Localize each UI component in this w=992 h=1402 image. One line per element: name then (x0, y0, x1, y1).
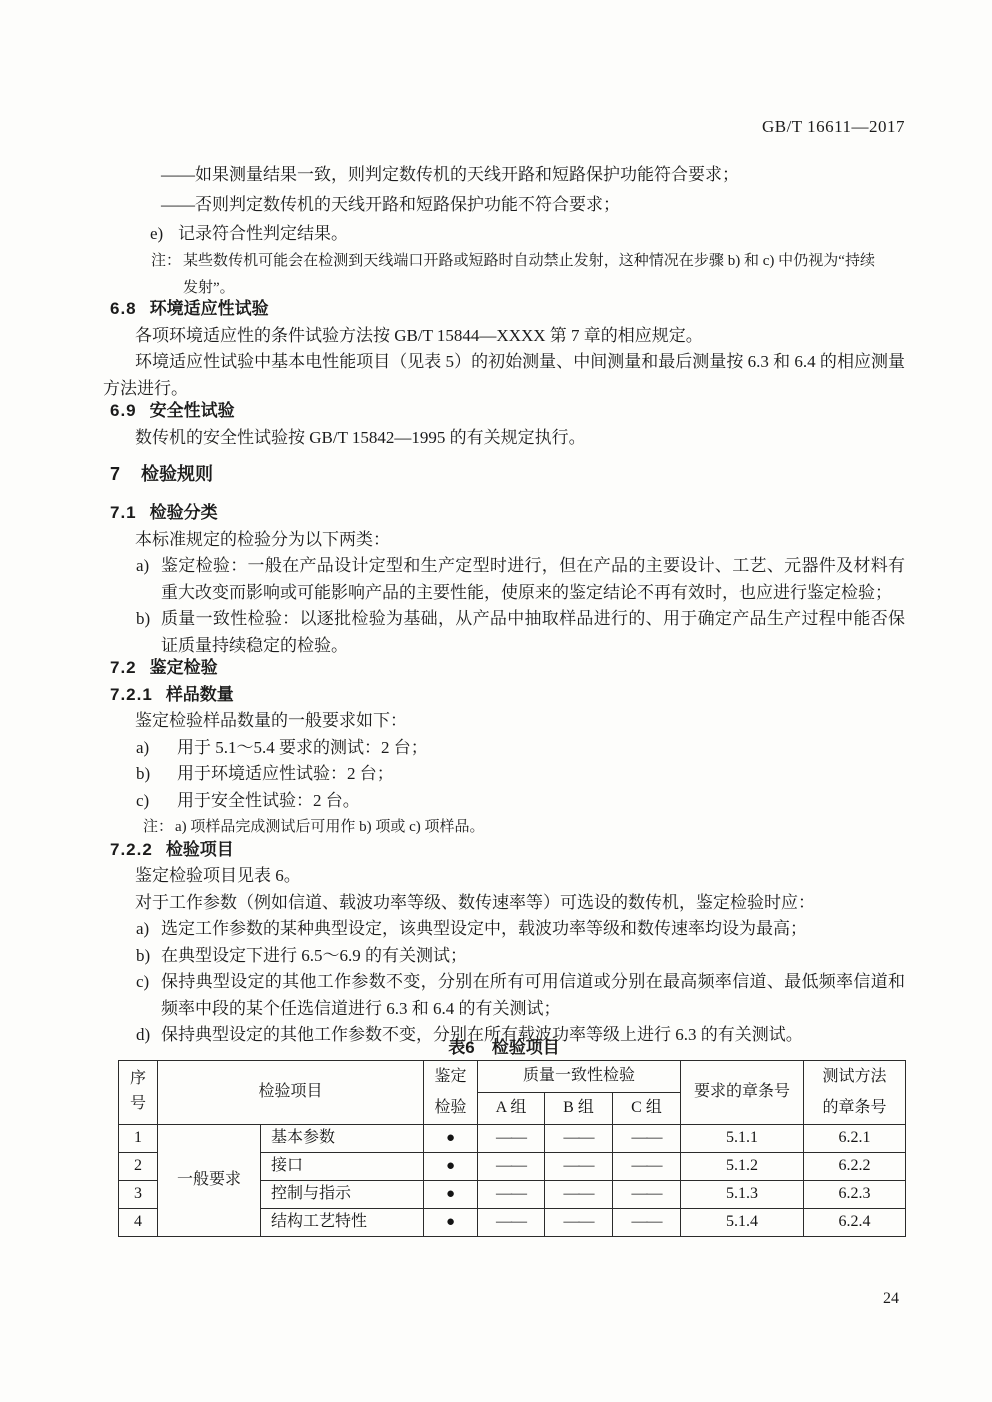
paragraph: 数传机的安全性试验按 GB/T 15842—1995 的有关规定执行。 (103, 425, 905, 452)
cell-item: 控制与指示 (261, 1180, 424, 1208)
document-page: GB/T 16611—2017 ——如果测量结果一致，则判定数传机的天线开路和短… (0, 0, 992, 1402)
cell-req-clause: 5.1.1 (681, 1124, 804, 1152)
cell-seq: 3 (119, 1180, 158, 1208)
list-item-text: 保持典型设定的其他工作参数不变，分别在所有可用信道或分别在最高频率信道、最低频率… (161, 969, 905, 1022)
col-header-seq: 序号 (119, 1060, 158, 1124)
list-item-label: b) (136, 606, 161, 659)
col-header-quality-consistency: 质量一致性检验 (478, 1060, 681, 1092)
cell-group-a: —— (478, 1124, 545, 1152)
heading-chapter-7: 7检验规则 (110, 461, 905, 488)
heading-7-2-1: 7.2.1样品数量 (110, 682, 905, 709)
paragraph: 各项环境适应性的条件试验方法按 GB/T 15844—XXXX 第 7 章的相应… (103, 323, 905, 350)
cell-item: 基本参数 (261, 1124, 424, 1152)
list-item: a) 鉴定检验：一般在产品设计定型和生产定型时进行，但在产品的主要设计、工艺、元… (136, 553, 905, 606)
paragraph: 鉴定检验项目见表 6。 (103, 863, 905, 890)
cell-req-clause: 5.1.4 (681, 1208, 804, 1236)
list-item: b) 在典型设定下进行 6.5～6.9 的有关测试； (136, 943, 905, 970)
list-item-label: a) (136, 553, 161, 606)
col-header-seq-text: 序号 (128, 1066, 149, 1116)
list-item: c) 保持典型设定的其他工作参数不变，分别在所有可用信道或分别在最高频率信道、最… (136, 969, 905, 1022)
cell-seq: 1 (119, 1124, 158, 1152)
list-item-text: 记录符合性判定结果。 (178, 220, 348, 248)
paragraph: 对于工作参数（例如信道、载波功率等级、数传速率等）可选设的数传机，鉴定检验时应： (103, 890, 905, 917)
heading-number: 6.8 (110, 299, 137, 318)
heading-title: 检验项目 (166, 840, 234, 859)
standard-number: GB/T 16611—2017 (103, 116, 905, 138)
col-header-req-clause: 要求的章条号 (681, 1060, 804, 1124)
list-item-text: 用于环境适应性试验：2 台； (177, 761, 905, 788)
cell-group-b: —— (545, 1208, 613, 1236)
dash-list-item: ——否则判定数传机的天线开路和短路保护功能不符合要求； (161, 190, 905, 220)
paragraph: 鉴定检验样品数量的一般要求如下： (103, 708, 905, 735)
cell-qualification: ● (424, 1152, 478, 1180)
note-text: 某些数传机可能会在检测到天线端口开路或短路时自动禁止发射，这种情况在步骤 b) … (183, 248, 875, 301)
paragraph: 本标准规定的检验分为以下两类： (103, 527, 905, 554)
list-item-e: e) 记录符合性判定结果。 (150, 220, 905, 248)
heading-number: 7 (110, 464, 120, 484)
cell-group-c: —— (613, 1124, 681, 1152)
cell-seq: 2 (119, 1152, 158, 1180)
heading-number: 7.2.2 (110, 840, 153, 859)
cell-group-c: —— (613, 1152, 681, 1180)
list-item-label: c) (136, 969, 161, 1022)
note: 注： 某些数传机可能会在检测到天线端口开路或短路时自动禁止发射，这种情况在步骤 … (151, 248, 875, 301)
heading-7-1: 7.1检验分类 (110, 500, 905, 527)
cell-group-b: —— (545, 1124, 613, 1152)
heading-6-9: 6.9安全性试验 (110, 398, 905, 425)
list-item-text: 鉴定检验：一般在产品设计定型和生产定型时进行，但在产品的主要设计、工艺、元器件及… (161, 553, 905, 606)
cell-group-a: —— (478, 1180, 545, 1208)
list-item: c) 用于安全性试验：2 台。 (136, 788, 905, 815)
list-item-text: 选定工作参数的某种典型设定，该典型设定中，载波功率等级和数传速率均设为最高； (161, 916, 905, 943)
col-header-method-clause: 测试方法的章条号 (804, 1060, 906, 1124)
dash-list-item: ——如果测量结果一致，则判定数传机的天线开路和短路保护功能符合要求； (161, 160, 905, 190)
list-item-label: e) (150, 220, 178, 248)
heading-title: 样品数量 (166, 685, 234, 704)
list-item-label: c) (136, 788, 177, 815)
heading-title: 检验分类 (150, 503, 218, 522)
list-item-text: 在典型设定下进行 6.5～6.9 的有关测试； (161, 943, 905, 970)
cell-method-clause: 6.2.2 (804, 1152, 906, 1180)
cell-group-a: —— (478, 1208, 545, 1236)
note-text: a) 项样品完成测试后可用作 b) 项或 c) 项样品。 (175, 814, 905, 841)
cell-qualification: ● (424, 1180, 478, 1208)
page-number: 24 (103, 1289, 905, 1309)
cell-group-label: 一般要求 (158, 1124, 261, 1236)
col-header-qualification-text: 鉴定检验 (431, 1061, 469, 1123)
cell-method-clause: 6.2.1 (804, 1124, 906, 1152)
col-header-group-c: C 组 (613, 1092, 681, 1124)
list-item-label: a) (136, 916, 161, 943)
col-header-group-b: B 组 (545, 1092, 613, 1124)
cell-item: 接口 (261, 1152, 424, 1180)
table6: 序号 检验项目 鉴定检验 质量一致性检验 要求的章条号 测试方法的章条号 A 组… (118, 1060, 906, 1237)
list-item: a) 用于 5.1～5.4 要求的测试：2 台； (136, 735, 905, 762)
cell-group-b: —— (545, 1152, 613, 1180)
list-item: b) 质量一致性检验：以逐批检验为基础，从产品中抽取样品进行的、用于确定产品生产… (136, 606, 905, 659)
heading-number: 7.2.1 (110, 685, 153, 704)
cell-req-clause: 5.1.3 (681, 1180, 804, 1208)
list-item-text: 质量一致性检验：以逐批检验为基础，从产品中抽取样品进行的、用于确定产品生产过程中… (161, 606, 905, 659)
cell-req-clause: 5.1.2 (681, 1152, 804, 1180)
cell-group-c: —— (613, 1180, 681, 1208)
cell-seq: 4 (119, 1208, 158, 1236)
paragraph: 环境适应性试验中基本电性能项目（见表 5）的初始测量、中间测量和最后测量按 6.… (103, 349, 905, 402)
list-item-label: b) (136, 761, 177, 788)
list-item-text: 用于 5.1～5.4 要求的测试：2 台； (177, 735, 905, 762)
cell-method-clause: 6.2.4 (804, 1208, 906, 1236)
list-item: b) 用于环境适应性试验：2 台； (136, 761, 905, 788)
list-item: a) 选定工作参数的某种典型设定，该典型设定中，载波功率等级和数传速率均设为最高… (136, 916, 905, 943)
list-item-text: 用于安全性试验：2 台。 (177, 788, 905, 815)
col-header-qualification: 鉴定检验 (424, 1060, 478, 1124)
col-header-group-a: A 组 (478, 1092, 545, 1124)
cell-group-a: —— (478, 1152, 545, 1180)
table-row: 1 一般要求 基本参数 ● —— —— —— 5.1.1 6.2.1 (119, 1124, 906, 1152)
cell-method-clause: 6.2.3 (804, 1180, 906, 1208)
heading-title: 鉴定检验 (150, 658, 218, 677)
heading-number: 7.2 (110, 658, 137, 677)
col-header-method-clause-text: 测试方法的章条号 (820, 1061, 889, 1123)
list-item-label: b) (136, 943, 161, 970)
heading-title: 安全性试验 (150, 401, 235, 420)
cell-item: 结构工艺特性 (261, 1208, 424, 1236)
heading-number: 7.1 (110, 503, 137, 522)
col-header-item: 检验项目 (158, 1060, 424, 1124)
cell-group-b: —— (545, 1180, 613, 1208)
list-item-label: a) (136, 735, 177, 762)
table-header-row: 序号 检验项目 鉴定检验 质量一致性检验 要求的章条号 测试方法的章条号 (119, 1060, 906, 1092)
cell-qualification: ● (424, 1208, 478, 1236)
cell-group-c: —— (613, 1208, 681, 1236)
note-label: 注： (151, 248, 183, 301)
cell-qualification: ● (424, 1124, 478, 1152)
heading-number: 6.9 (110, 401, 137, 420)
list-item-label: d) (136, 1022, 161, 1049)
note: 注： a) 项样品完成测试后可用作 b) 项或 c) 项样品。 (143, 814, 905, 841)
heading-title: 环境适应性试验 (150, 299, 269, 318)
heading-title: 检验规则 (141, 464, 213, 484)
